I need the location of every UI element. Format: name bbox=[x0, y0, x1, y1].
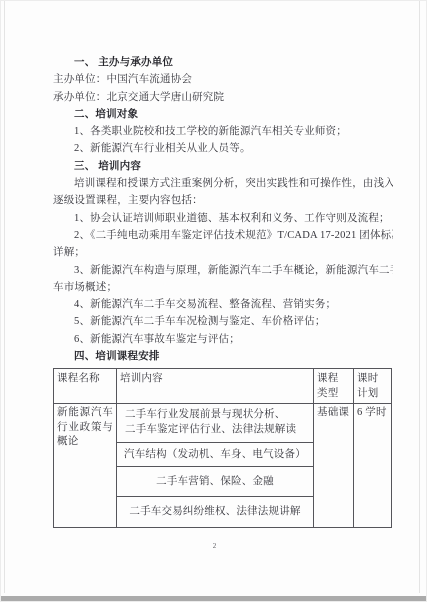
content-item-1: 1、协会认证培训师职业道德、基本权利和义务、工作守则及流程； bbox=[53, 210, 393, 227]
content-item-3-line-1: 3、新能源汽车构造与原理，新能源汽车二手车概论，新能源汽车二手 bbox=[53, 262, 393, 279]
hours-cell: 6 学时 bbox=[354, 404, 392, 528]
section-1-heading: 一、 主办与承办单位 bbox=[53, 54, 393, 71]
section-4-heading: 四、培训课程安排 bbox=[53, 348, 393, 365]
section-2-heading: 二、培训对象 bbox=[53, 106, 393, 123]
page-left-edge bbox=[4, 1, 5, 593]
header-hours-plan-line-2: 计划 bbox=[357, 387, 388, 402]
content-intro-line-1: 培训课程和授课方式注重案例分析，突出实践性和可操作性，由浅入深 bbox=[53, 175, 393, 192]
trainees-item-2: 2、新能源汽车行业相关从业人员等。 bbox=[53, 140, 393, 157]
course-schedule-table: 课程名称 培训内容 课程 类型 课时 计划 新能源汽车行业政策与概论 二手车行业… bbox=[53, 368, 392, 528]
content-item-5: 5、新能源汽车二手车车况检测与鉴定、车价格评估； bbox=[53, 313, 393, 330]
table-header-row: 课程名称 培训内容 课程 类型 课时 计划 bbox=[54, 369, 392, 404]
page-right-edge bbox=[419, 1, 420, 593]
training-content-cell-3: 二手车营销、保险、金融 bbox=[117, 467, 314, 497]
content-intro-line-2: 逐级设置课程，主要内容包括： bbox=[53, 192, 393, 209]
training-content-1-line-1: 二手车行业发展前景与现状分析、 bbox=[125, 408, 310, 423]
host-unit-line: 主办单位：中国汽车流通协会 bbox=[53, 71, 393, 88]
organizer-unit-line: 承办单位：北京交通大学唐山研究院 bbox=[53, 89, 393, 106]
content-item-6: 6、新能源汽车事故车鉴定与评估； bbox=[53, 331, 393, 348]
header-course-type-line-1: 课程 bbox=[317, 372, 350, 387]
training-content-cell-2: 汽车结构（发动机、车身、电气设备） bbox=[117, 443, 314, 467]
header-training-content: 培训内容 bbox=[117, 369, 314, 404]
page-number: 2 bbox=[1, 542, 427, 550]
page-bottom-scan-shadow bbox=[1, 596, 426, 601]
course-name-cell: 新能源汽车行业政策与概论 bbox=[54, 404, 117, 528]
training-content-cell-4: 二手车交易纠纷维权、法律法规讲解 bbox=[117, 497, 314, 528]
header-course-name: 课程名称 bbox=[54, 369, 117, 404]
header-course-type-line-2: 类型 bbox=[317, 387, 350, 402]
course-type-cell: 基础课 bbox=[314, 404, 354, 528]
header-course-type: 课程 类型 bbox=[314, 369, 354, 404]
training-content-cell-1: 二手车行业发展前景与现状分析、 二手车鉴定评估行业、法律法规解读 bbox=[117, 404, 314, 443]
content-item-4: 4、新能源汽车二手车交易流程、整备流程、营销实务； bbox=[53, 296, 393, 313]
table-row-1: 新能源汽车行业政策与概论 二手车行业发展前景与现状分析、 二手车鉴定评估行业、法… bbox=[54, 404, 392, 443]
header-hours-plan: 课时 计划 bbox=[354, 369, 392, 404]
section-3-heading: 三、 培训内容 bbox=[53, 158, 393, 175]
header-hours-plan-line-1: 课时 bbox=[357, 372, 388, 387]
trainees-item-1: 1、各类职业院校和技工学校的新能源汽车相关专业师资； bbox=[53, 123, 393, 140]
document-body: 一、 主办与承办单位 主办单位：中国汽车流通协会 承办单位：北京交通大学唐山研究… bbox=[53, 54, 393, 528]
scanned-document-page: 一、 主办与承办单位 主办单位：中国汽车流通协会 承办单位：北京交通大学唐山研究… bbox=[0, 0, 427, 602]
content-item-2-line-2: 详解； bbox=[53, 244, 393, 261]
content-item-2-line-1: 2、《二手纯电动乘用车鉴定评估技术规范》T/CADA 17-2021 团体标准 bbox=[53, 227, 393, 244]
content-item-3-line-2: 车市场概述； bbox=[53, 279, 393, 296]
training-content-1-line-2: 二手车鉴定评估行业、法律法规解读 bbox=[125, 423, 310, 438]
